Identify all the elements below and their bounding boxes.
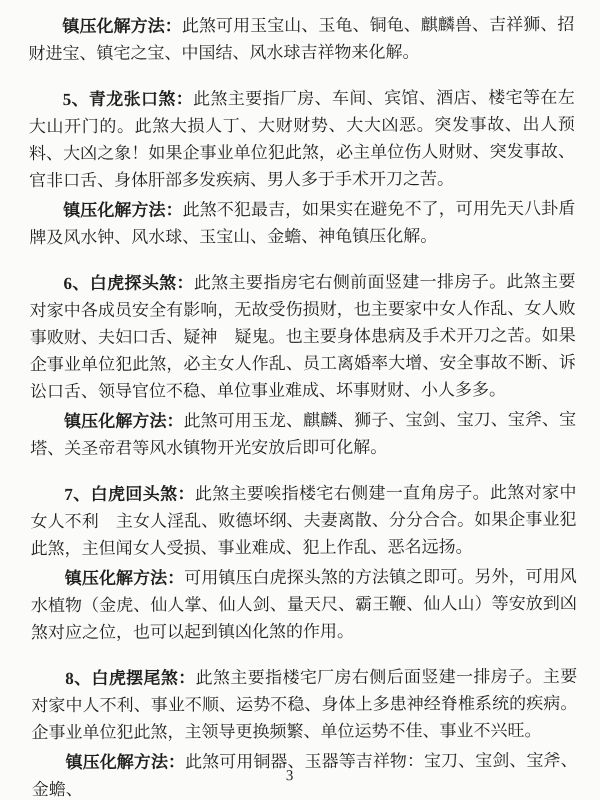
paragraph-lead: 镇压化解方法：	[62, 17, 182, 37]
section-heading: 6、白虎探头煞：	[63, 273, 193, 293]
paragraph-method-7: 镇压化解方法：可用镇压白虎探头煞的方法镇之即可。另外，可用风水植物（金虎、仙人掌…	[31, 563, 577, 646]
section-8-baihu-baiwei: 8、白虎摆尾煞：此煞主要指楼宅厂房右侧后面竖建一排房子。主要对家中人不利、事业不…	[31, 663, 577, 746]
paragraph-lead: 镇压化解方法：	[64, 412, 184, 432]
paragraph-method-6: 镇压化解方法：此煞可用玉龙、麒麟、狮子、宝剑、宝刀、宝斧、宝塔、关圣帝君等风水镇…	[30, 406, 576, 462]
paragraph-lead: 镇压化解方法：	[65, 569, 185, 589]
paragraph-method-4: 镇压化解方法：此煞可用玉宝山、玉龟、铜龟、麒麟兽、吉祥狮、招财进宝、镇宅之宝、中…	[28, 11, 574, 67]
page-number: 3	[2, 762, 578, 792]
section-heading: 5、青龙张口煞：	[63, 89, 193, 109]
document-page: 镇压化解方法：此煞可用玉宝山、玉龟、铜龟、麒麟兽、吉祥狮、招财进宝、镇宅之宝、中…	[0, 0, 600, 800]
paragraph-method-5: 镇压化解方法：此煞不犯最吉，如果实在避免不了，可用先天八卦盾牌及风水钟、风水球、…	[29, 195, 575, 251]
section-7-baihu-huitou: 7、白虎回头煞：此煞主要唉指楼宅右侧建一直角房子。此煞对家中女人不利 主女人淫乱…	[30, 479, 576, 562]
section-heading: 8、白虎摆尾煞：	[65, 668, 195, 688]
paragraph-lead: 镇压化解方法：	[63, 201, 183, 221]
section-5-qinglong-zhangkou: 5、青龙张口煞：此煞主要指厂房、车间、宾馆、酒店、楼宅等在左大山开门的。此煞大损…	[29, 84, 575, 194]
section-6-baihu-tantou: 6、白虎探头煞：此煞主要指房宅右侧前面竖建一排房子。此煞主要对家中各成员安全有影…	[29, 268, 576, 405]
section-heading: 7、白虎回头煞：	[64, 484, 194, 504]
